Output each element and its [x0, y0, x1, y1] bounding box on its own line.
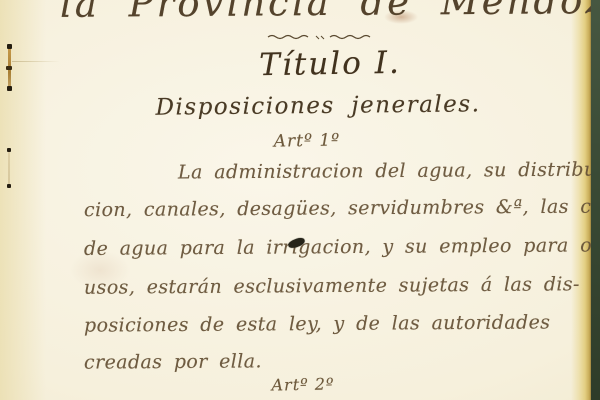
article-2-label: Artº 2º	[3, 370, 591, 399]
stitch-knot	[6, 66, 12, 70]
header-partial-text: la Provincia de Mendoza	[60, 0, 591, 26]
wavy-rule-icon	[266, 30, 378, 44]
body-line: La administracion del agua, su distribu-	[178, 159, 591, 184]
stitch-hole	[7, 184, 11, 188]
section-heading: Disposiciones jenerales.	[38, 90, 591, 122]
body-line: usos, estarán esclusivamente sujetas á l…	[84, 273, 580, 298]
body-line: de agua para la irrigacion, y su empleo …	[84, 234, 591, 260]
stitch-thread	[8, 151, 10, 187]
stitch-hole	[7, 86, 12, 91]
body-line: posiciones de esta ley, y de las autorid…	[84, 311, 551, 336]
stitch-hole	[7, 44, 12, 49]
body-line: creadas por ella.	[84, 350, 262, 373]
paper-crease	[12, 61, 60, 62]
photo-background: la Provincia de Mendoza Título I. Dispos…	[0, 0, 600, 400]
manuscript-page: la Provincia de Mendoza Título I. Dispos…	[0, 0, 591, 400]
title-heading: Título I.	[80, 42, 581, 87]
article-1-label: Artº 1º	[7, 126, 591, 156]
body-line: cion, canales, desagües, servidumbres &ª…	[84, 195, 591, 221]
